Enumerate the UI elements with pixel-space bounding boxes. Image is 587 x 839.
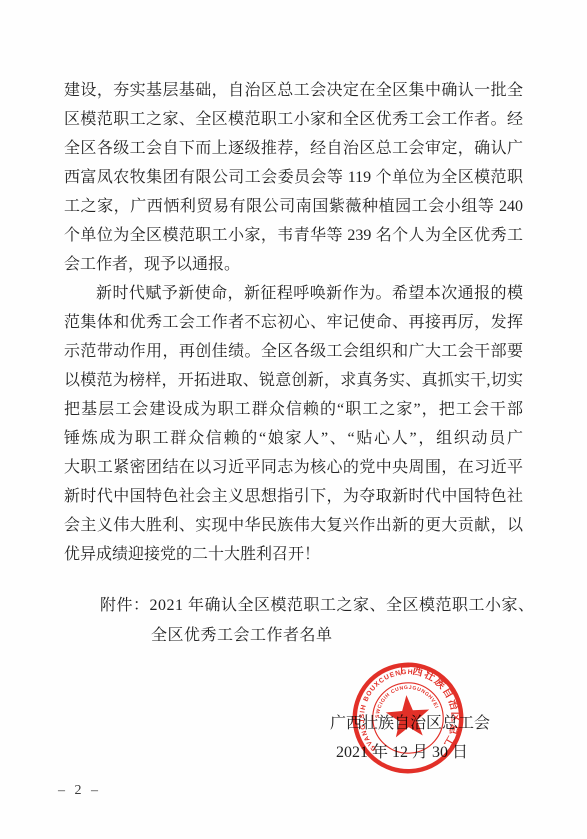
body-line: 西富凤农牧集团有限公司工会委员会等 119 个单位为全区模范职	[64, 163, 523, 192]
attachment-line-2: 全区优秀工会工作者名单	[151, 622, 333, 645]
body-line: 全区各级工会自下而上逐级推荐，经自治区总工会审定，确认广	[64, 134, 523, 163]
body-line: 个单位为全区模范职工小家，韦青华等 239 名个人为全区优秀工	[64, 221, 523, 250]
body-line: 建设，夯实基层基础，自治区总工会决定在全区集中确认一批全	[64, 76, 523, 105]
document-page: 建设，夯实基层基础，自治区总工会决定在全区集中确认一批全区模范职工之家、全区模范…	[0, 0, 587, 839]
body-line: 锤炼成为职工群众信赖的“娘家人”、“贴心人”，组织动员广	[64, 424, 523, 453]
body-line: 以模范为榜样，开拓进取、锐意创新，求真务实、真抓实干,切实	[64, 366, 523, 395]
body-line: 区模范职工之家、全区模范职工小家和全区优秀工会工作者。经	[64, 105, 523, 134]
body-line: 会主义伟大胜利、实现中华民族伟大复兴作出新的更大贡献，以	[64, 511, 523, 540]
body-line: 示范带动作用，再创佳绩。全区各级工会组织和广大工会干部要	[64, 337, 523, 366]
attachment-line-1: 附件：2021 年确认全区模范职工之家、全区模范职工小家、	[100, 592, 535, 615]
body-line: 新时代中国特色社会主义思想指引下，为夺取新时代中国特色社	[64, 482, 523, 511]
page-number: – 2 –	[58, 783, 101, 799]
star-icon	[385, 694, 431, 738]
body-line: 会工作者，现予以通报。	[64, 250, 523, 279]
official-seal: GVANGJSIH BOUXCUENGH 广西壮族自治区总工会 SWCIGIH …	[338, 648, 479, 789]
body-line: 工之家，广西恓利贸易有限公司南国紫薇种植园工会小组等 240	[64, 192, 523, 221]
body-line: 把基层工会建设成为职工群众信赖的“职工之家”，把工会干部	[64, 395, 523, 424]
body-line: 范集体和优秀工会工作者不忘初心、牢记使命、再接再厉，发挥	[64, 308, 523, 337]
body-line: 优异成绩迎接党的二十大胜利召开！	[64, 540, 523, 569]
body-line: 大职工紧密团结在以习近平同志为核心的党中央周围，在习近平	[64, 453, 523, 482]
body-line: 新时代赋予新使命，新征程呼唤新作为。希望本次通报的模	[64, 279, 523, 308]
document-body: 建设，夯实基层基础，自治区总工会决定在全区集中确认一批全区模范职工之家、全区模范…	[64, 76, 523, 569]
